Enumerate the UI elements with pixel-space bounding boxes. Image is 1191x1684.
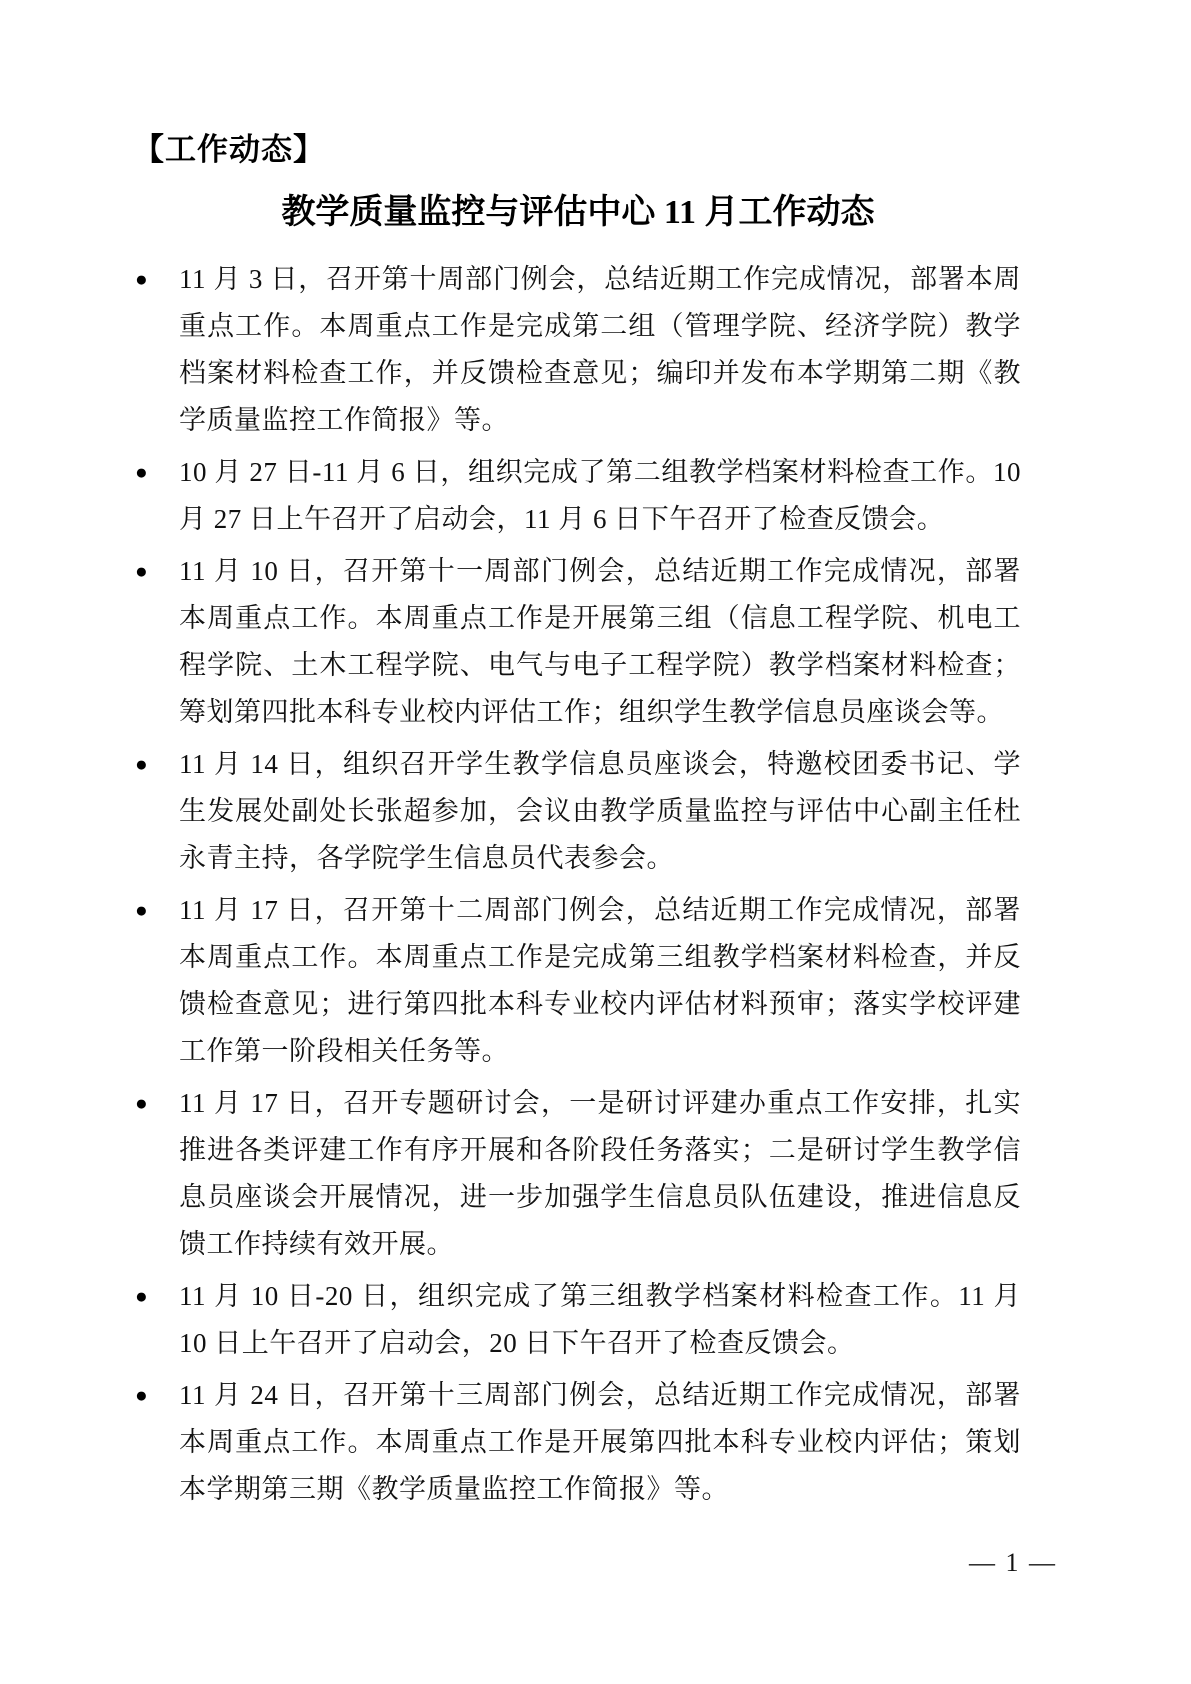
bullet-icon: ● — [135, 1273, 179, 1320]
list-item: ● 11 月 3 日，召开第十周部门例会，总结近期工作完成情况，部署本周重点工作… — [135, 256, 1021, 444]
list-item: ● 11 月 14 日，组织召开学生教学信息员座谈会，特邀校团委书记、学生发展处… — [135, 741, 1021, 882]
section-header: 【工作动态】 — [133, 124, 325, 169]
bullet-icon: ● — [135, 887, 179, 934]
list-item: ● 10 月 27 日-11 月 6 日，组织完成了第二组教学档案材料检查工作。… — [135, 449, 1021, 543]
bullet-icon: ● — [135, 1080, 179, 1127]
bullet-text: 10 月 27 日-11 月 6 日，组织完成了第二组教学档案材料检查工作。10… — [179, 449, 1021, 543]
list-item: ● 11 月 17 日，召开专题研讨会，一是研讨评建办重点工作安排，扎实推进各类… — [135, 1080, 1021, 1268]
bullet-text: 11 月 24 日，召开第十三周部门例会，总结近期工作完成情况，部署本周重点工作… — [179, 1372, 1021, 1513]
list-item: ● 11 月 10 日-20 日，组织完成了第三组教学档案材料检查工作。11 月… — [135, 1273, 1021, 1367]
bullet-text: 11 月 17 日，召开第十二周部门例会，总结近期工作完成情况，部署本周重点工作… — [179, 887, 1021, 1075]
bullet-icon: ● — [135, 449, 179, 496]
bullet-list: ● 11 月 3 日，召开第十周部门例会，总结近期工作完成情况，部署本周重点工作… — [135, 256, 1021, 1518]
page-number: — 1 — — [969, 1548, 1057, 1578]
bullet-text: 11 月 10 日-20 日，组织完成了第三组教学档案材料检查工作。11 月 1… — [179, 1273, 1021, 1367]
bullet-icon: ● — [135, 548, 179, 595]
bullet-text: 11 月 10 日，召开第十一周部门例会，总结近期工作完成情况，部署本周重点工作… — [179, 548, 1021, 736]
bullet-icon: ● — [135, 1372, 179, 1419]
bullet-text: 11 月 17 日，召开专题研讨会，一是研讨评建办重点工作安排，扎实推进各类评建… — [179, 1080, 1021, 1268]
bullet-icon: ● — [135, 741, 179, 788]
page-title: 教学质量监控与评估中心 11 月工作动态 — [135, 184, 1021, 233]
list-item: ● 11 月 10 日，召开第十一周部门例会，总结近期工作完成情况，部署本周重点… — [135, 548, 1021, 736]
bullet-text: 11 月 14 日，组织召开学生教学信息员座谈会，特邀校团委书记、学生发展处副处… — [179, 741, 1021, 882]
list-item: ● 11 月 24 日，召开第十三周部门例会，总结近期工作完成情况，部署本周重点… — [135, 1372, 1021, 1513]
document-page: 【工作动态】 教学质量监控与评估中心 11 月工作动态 ● 11 月 3 日，召… — [0, 0, 1191, 1684]
bullet-text: 11 月 3 日，召开第十周部门例会，总结近期工作完成情况，部署本周重点工作。本… — [179, 256, 1021, 444]
bullet-icon: ● — [135, 256, 179, 303]
list-item: ● 11 月 17 日，召开第十二周部门例会，总结近期工作完成情况，部署本周重点… — [135, 887, 1021, 1075]
